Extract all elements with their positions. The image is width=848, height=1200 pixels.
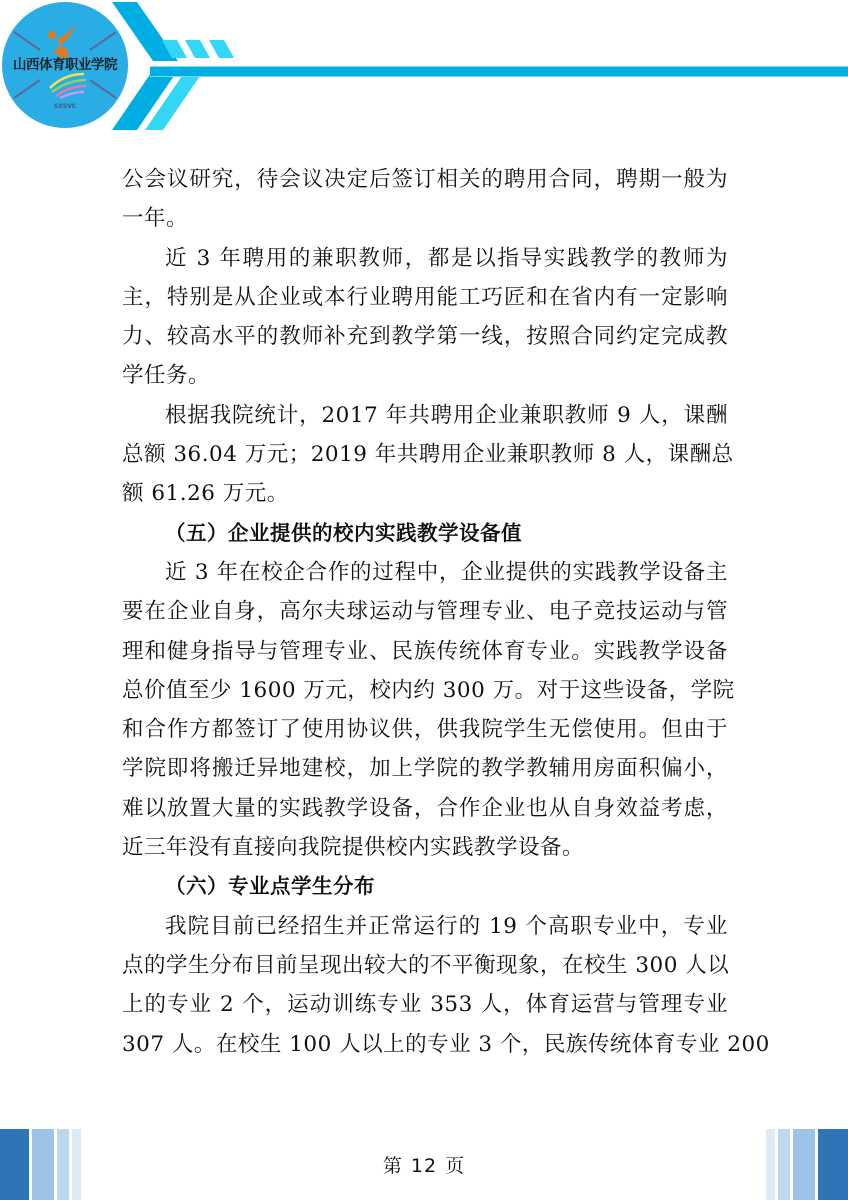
- body-line: 一年。: [122, 199, 728, 238]
- body-line: 近三年没有直接向我院提供校内实践教学设备。: [122, 828, 728, 867]
- body-line: 根据我院统计，2017 年共聘用企业兼职教师 9 人，课酬: [122, 396, 728, 435]
- body-line: 和合作方都签订了使用协议供，供我院学生无偿使用。但由于: [122, 710, 728, 749]
- body-line: 学任务。: [122, 356, 728, 395]
- page-prefix: 第: [383, 1155, 403, 1177]
- body-line: 力、较高水平的教师补充到教学第一线，按照合同约定完成教: [122, 317, 728, 356]
- body-line: 总额 36.04 万元；2019 年共聘用企业兼职教师 8 人，课酬总: [122, 435, 728, 474]
- body-line: 难以放置大量的实践教学设备，合作企业也从自身效益考虑，: [122, 789, 728, 828]
- logo-abbreviation: SXSVC: [2, 103, 128, 110]
- body-line: 上的专业 2 个，运动训练专业 353 人，体育运营与管理专业: [122, 985, 728, 1024]
- logo-college-name: 山西体育职业学院: [2, 53, 128, 73]
- section-heading-5: （五）企业提供的校内实践教学设备值: [122, 514, 728, 553]
- page-number: 第12页: [0, 1151, 848, 1178]
- section-heading-6: （六）专业点学生分布: [122, 867, 728, 906]
- document-body: 公会议研究，待会议决定后签订相关的聘用合同，聘期一般为 一年。 近 3 年聘用的…: [122, 160, 728, 1064]
- college-logo: 山西体育职业学院 SXSVC: [2, 2, 128, 128]
- body-line: 主，特别是从企业或本行业聘用能工巧匠和在省内有一定影响: [122, 278, 728, 317]
- body-line: 近 3 年在校企合作的过程中，企业提供的实践教学设备主: [122, 553, 728, 592]
- body-line: 公会议研究，待会议决定后签订相关的聘用合同，聘期一般为: [122, 160, 728, 199]
- page-suffix: 页: [445, 1155, 465, 1177]
- page-number-value: 12: [411, 1155, 437, 1177]
- body-line: 点的学生分布目前呈现出较大的不平衡现象，在校生 300 人以: [122, 946, 728, 985]
- page-header: 山西体育职业学院 SXSVC: [0, 0, 848, 140]
- body-line: 理和健身指导与管理专业、民族传统体育专业。实践教学设备: [122, 632, 728, 671]
- body-line: 307 人。在校生 100 人以上的专业 3 个，民族传统体育专业 200: [122, 1025, 728, 1064]
- body-line: 要在企业自身，高尔夫球运动与管理专业、电子竞技运动与管: [122, 592, 728, 631]
- body-line: 我院目前已经招生并正常运行的 19 个高职专业中，专业: [122, 907, 728, 946]
- header-rule: [150, 66, 848, 77]
- body-line: 近 3 年聘用的兼职教师，都是以指导实践教学的教师为: [122, 239, 728, 278]
- body-line: 总价值至少 1600 万元，校内约 300 万。对于这些设备，学院: [122, 671, 728, 710]
- body-line: 额 61.26 万元。: [122, 474, 728, 513]
- body-line: 学院即将搬迁异地建校，加上学院的教学教辅用房面积偏小，: [122, 749, 728, 788]
